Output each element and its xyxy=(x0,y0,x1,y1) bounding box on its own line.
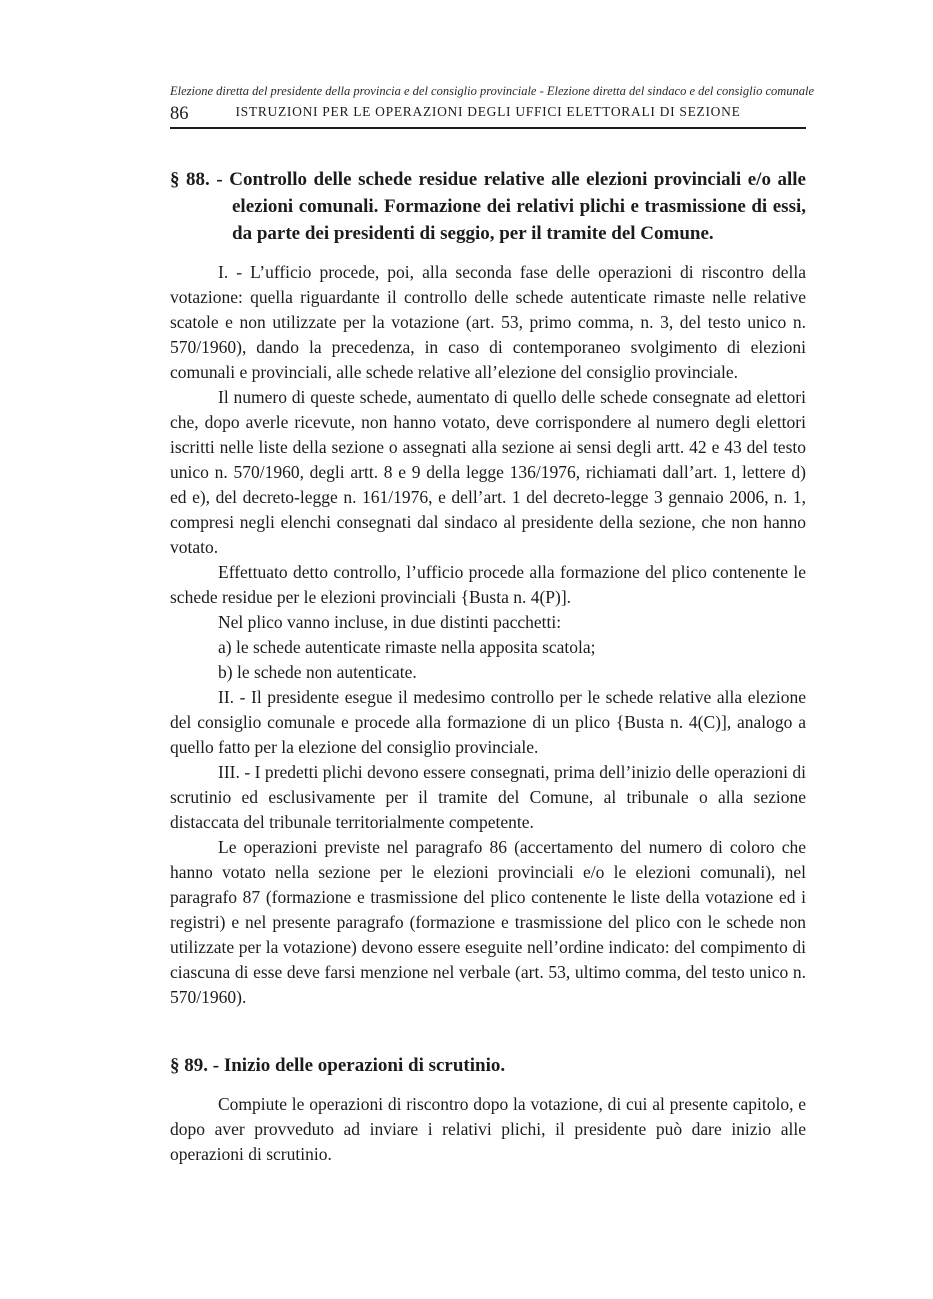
paragraph: II. - Il presidente esegue il medesimo c… xyxy=(170,685,806,760)
running-header: Elezione diretta del presidente della pr… xyxy=(170,84,806,120)
paragraph: III. - I predetti plichi devono essere c… xyxy=(170,760,806,835)
paragraph: Nel plico vanno incluse, in due distinti… xyxy=(170,610,806,635)
list-item-b: b) le schede non autenticate. xyxy=(170,660,806,685)
section-89-heading: § 89. - Inizio delle operazioni di scrut… xyxy=(170,1052,806,1079)
section-88-heading: § 88. - Controllo delle schede residue r… xyxy=(170,166,806,247)
paragraph: Effettuato detto controllo, l’ufficio pr… xyxy=(170,560,806,610)
running-header-italic-title: Elezione diretta del presidente della pr… xyxy=(170,84,806,99)
paragraph: Compiute le operazioni di riscontro dopo… xyxy=(170,1092,806,1167)
paragraph: I. - L’ufficio procede, poi, alla second… xyxy=(170,260,806,385)
header-rule xyxy=(170,127,806,129)
document-page: Elezione diretta del presidente della pr… xyxy=(0,0,933,1299)
list-item-a: a) le schede autenticate rimaste nella a… xyxy=(170,635,806,660)
paragraph: Il numero di queste schede, aumentato di… xyxy=(170,385,806,560)
running-header-caps-title: ISTRUZIONI PER LE OPERAZIONI DEGLI UFFIC… xyxy=(170,103,806,120)
paragraph: Le operazioni previste nel paragrafo 86 … xyxy=(170,835,806,1010)
body-column: § 88. - Controllo delle schede residue r… xyxy=(170,166,806,1167)
page-number: 86 xyxy=(170,105,189,123)
